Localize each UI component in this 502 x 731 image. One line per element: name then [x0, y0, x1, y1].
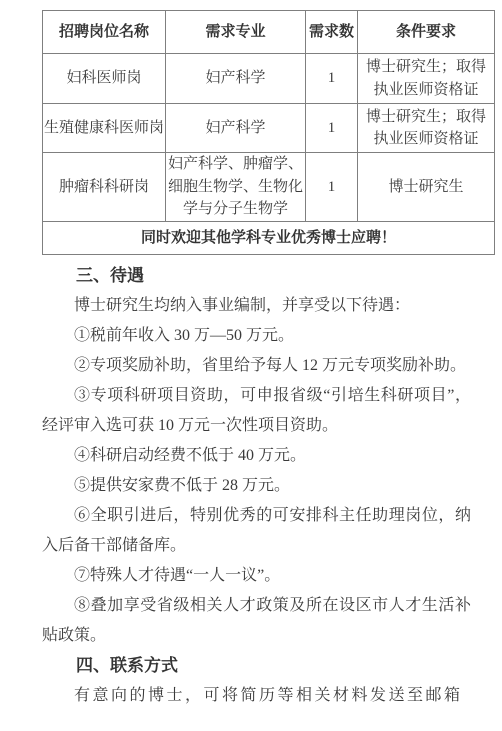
section-contact-heading: 四、联系方式 — [42, 651, 471, 681]
benefit-item-5: ⑤提供安家费不低于 28 万元。 — [42, 471, 471, 501]
benefit-item-8: ⑧叠加享受省级相关人才政策及所在设区市人才生活补贴政策。 — [42, 591, 471, 651]
recruitment-positions-table: 招聘岗位名称 需求专业 需求数 条件要求 妇科医师岗 妇产科学 1 博士研究生；… — [42, 10, 495, 255]
cell-position-name: 生殖健康科医师岗 — [43, 104, 166, 153]
section-contact: 四、联系方式 有意向的博士，可将简历等相关材料发送至邮箱 — [42, 651, 471, 711]
col-header-required-count: 需求数 — [306, 11, 358, 54]
benefit-item-7: ⑦特殊人才待遇“一人一议”。 — [42, 561, 471, 591]
cell-required-count: 1 — [306, 54, 358, 104]
cell-requirements: 博士研究生；取得执业医师资格证 — [358, 54, 495, 104]
cell-requirements: 博士研究生 — [358, 153, 495, 222]
cell-position-name: 肿瘤科科研岗 — [43, 153, 166, 222]
table-row: 肿瘤科科研岗 妇产科学、肿瘤学、细胞生物学、生物化学与分子生物学 1 博士研究生 — [43, 153, 495, 222]
cell-required-count: 1 — [306, 104, 358, 153]
benefit-item-3: ③专项科研项目资助，可申报省级“引培生科研项目”，经评审入选可获 10 万元一次… — [42, 381, 471, 441]
table-row: 妇科医师岗 妇产科学 1 博士研究生；取得执业医师资格证 — [43, 54, 495, 104]
cell-requirements: 博士研究生；取得执业医师资格证 — [358, 104, 495, 153]
cell-position-name: 妇科医师岗 — [43, 54, 166, 104]
benefit-item-4: ④科研启动经费不低于 40 万元。 — [42, 441, 471, 471]
section-benefits-heading: 三、待遇 — [42, 261, 471, 291]
col-header-requirements: 条件要求 — [358, 11, 495, 54]
welcome-note: 同时欢迎其他学科专业优秀博士应聘！ — [43, 222, 495, 255]
cell-required-major: 妇产科学、肿瘤学、细胞生物学、生物化学与分子生物学 — [166, 153, 306, 222]
benefit-item-2: ②专项奖励补助，省里给予每人 12 万元专项奖励补助。 — [42, 351, 471, 381]
table-header-row: 招聘岗位名称 需求专业 需求数 条件要求 — [43, 11, 495, 54]
benefits-intro: 博士研究生均纳入事业编制，并享受以下待遇： — [42, 291, 471, 321]
cell-required-count: 1 — [306, 153, 358, 222]
document-page: 招聘岗位名称 需求专业 需求数 条件要求 妇科医师岗 妇产科学 1 博士研究生；… — [0, 0, 502, 711]
contact-intro: 有意向的博士，可将简历等相关材料发送至邮箱 — [42, 681, 471, 711]
col-header-position-name: 招聘岗位名称 — [43, 11, 166, 54]
table-footer-row: 同时欢迎其他学科专业优秀博士应聘！ — [43, 222, 495, 255]
section-benefits: 三、待遇 博士研究生均纳入事业编制，并享受以下待遇： ①税前年收入 30 万—5… — [42, 261, 471, 651]
document-body: 三、待遇 博士研究生均纳入事业编制，并享受以下待遇： ①税前年收入 30 万—5… — [42, 261, 471, 711]
cell-required-major: 妇产科学 — [166, 54, 306, 104]
benefit-item-1: ①税前年收入 30 万—50 万元。 — [42, 321, 471, 351]
col-header-required-major: 需求专业 — [166, 11, 306, 54]
benefit-item-6: ⑥全职引进后，特别优秀的可安排科主任助理岗位，纳入后备干部储备库。 — [42, 501, 471, 561]
table-row: 生殖健康科医师岗 妇产科学 1 博士研究生；取得执业医师资格证 — [43, 104, 495, 153]
cell-required-major: 妇产科学 — [166, 104, 306, 153]
